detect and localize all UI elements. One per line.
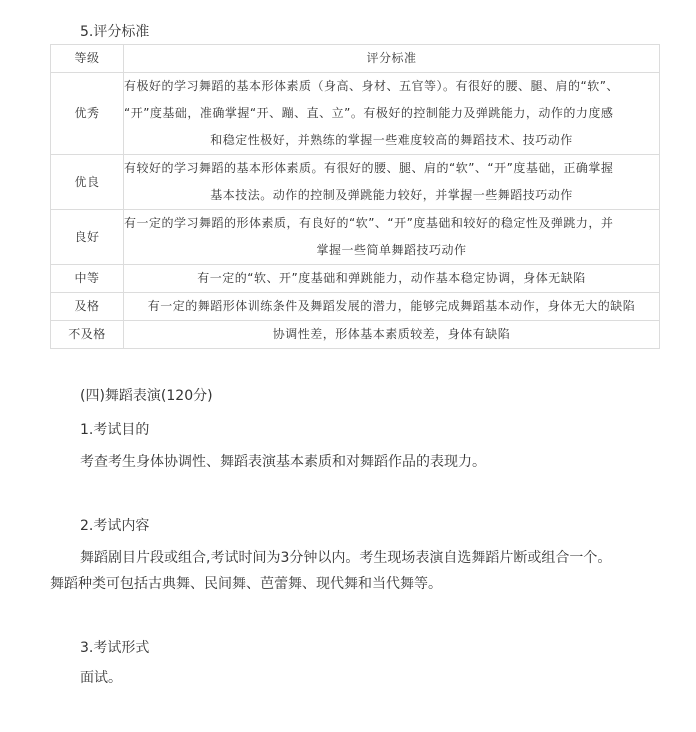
s3-body: 面试。	[80, 668, 122, 688]
table-row: 良好 有一定的学习舞蹈的形体素质，有良好的“软”、“开”度基础和较好的稳定性及弹…	[51, 210, 660, 265]
header-criteria: 评分标准	[124, 45, 660, 73]
table-row: 中等 有一定的“软、开”度基础和弹跳能力，动作基本稳定协调，身体无缺陷	[51, 265, 660, 293]
part4-title: (四)舞蹈表演(120分)	[80, 386, 213, 406]
table-row: 不及格 协调性差，形体基本素质较差，身体有缺陷	[51, 321, 660, 349]
criteria-cell: 有一定的“软、开”度基础和弹跳能力，动作基本稳定协调，身体无缺陷	[124, 265, 660, 293]
header-level: 等级	[51, 45, 124, 73]
criteria-cell: 有一定的舞蹈形体训练条件及舞蹈发展的潜力，能够完成舞蹈基本动作，身体无大的缺陷	[124, 293, 660, 321]
section-title-grading: 5.评分标准	[80, 22, 149, 42]
table-row: 优良 有较好的学习舞蹈的基本形体素质。有很好的腰、腿、肩的“软”、“开”度基础，…	[51, 155, 660, 210]
table-row: 优秀 有极好的学习舞蹈的基本形体素质（身高、身材、五官等）。有很好的腰、腿、肩的…	[51, 73, 660, 155]
level-cell: 中等	[51, 265, 124, 293]
criteria-cell: 有极好的学习舞蹈的基本形体素质（身高、身材、五官等）。有很好的腰、腿、肩的“软”…	[124, 73, 660, 155]
level-cell: 优良	[51, 155, 124, 210]
table-row: 及格 有一定的舞蹈形体训练条件及舞蹈发展的潜力，能够完成舞蹈基本动作，身体无大的…	[51, 293, 660, 321]
level-cell: 不及格	[51, 321, 124, 349]
s1-body: 考查考生身体协调性、舞蹈表演基本素质和对舞蹈作品的表现力。	[80, 452, 486, 472]
criteria-cell: 有较好的学习舞蹈的基本形体素质。有很好的腰、腿、肩的“软”、“开”度基础，正确掌…	[124, 155, 660, 210]
grading-table: 等级 评分标准 优秀 有极好的学习舞蹈的基本形体素质（身高、身材、五官等）。有很…	[50, 44, 660, 349]
s2-body-line2: 舞蹈种类可包括古典舞、民间舞、芭蕾舞、现代舞和当代舞等。	[50, 574, 442, 594]
s2-body-line1: 舞蹈剧目片段或组合,考试时间为3分钟以内。考生现场表演自选舞蹈片断或组合一个。	[80, 548, 611, 568]
level-cell: 优秀	[51, 73, 124, 155]
level-cell: 及格	[51, 293, 124, 321]
s1-title: 1.考试目的	[80, 420, 149, 440]
s3-title: 3.考试形式	[80, 638, 149, 658]
level-cell: 良好	[51, 210, 124, 265]
criteria-cell: 协调性差，形体基本素质较差，身体有缺陷	[124, 321, 660, 349]
table-header-row: 等级 评分标准	[51, 45, 660, 73]
s2-title: 2.考试内容	[80, 516, 149, 536]
criteria-cell: 有一定的学习舞蹈的形体素质，有良好的“软”、“开”度基础和较好的稳定性及弹跳力，…	[124, 210, 660, 265]
